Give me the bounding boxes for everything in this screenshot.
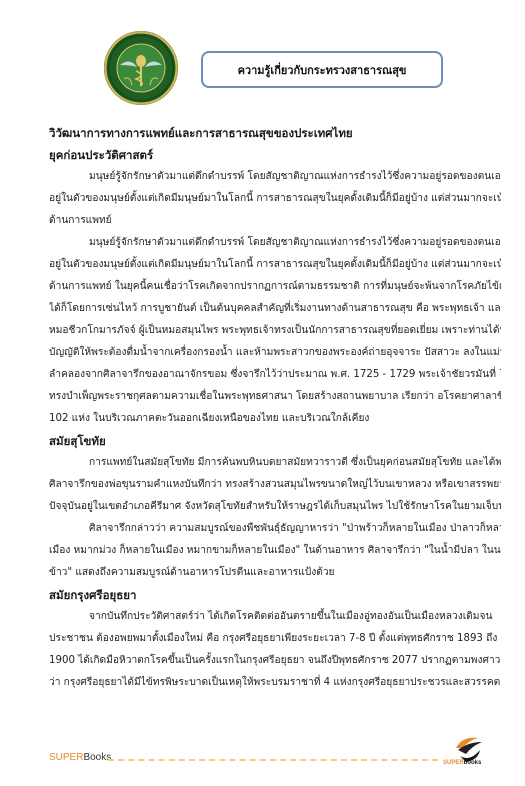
text-line: ทรงบำเพ็ญพระราชกุศลตามความเชื่อในพระพุทธ…	[49, 386, 501, 408]
title-box: ความรู้เกี่ยวกับกระทรวงสาธารณสุข	[201, 51, 443, 88]
text-line: อยู่ในตัวของมนุษย์ตั้งแต่เกิดมีมนุษย์มาใ…	[49, 188, 501, 210]
paragraph: มนุษย์รู้จักรักษาตัวมาแต่ดึกดำบรรพ์ โดยส…	[49, 166, 501, 232]
text-line: ด้านการแพทย์ ในยุคนี้คนเชื่อว่าโรคเกิดจา…	[49, 276, 501, 298]
page-footer: SUPERBooks SUPERbooks	[0, 730, 525, 770]
text-line: จากบันทึกประวัติศาสตร์ว่า ได้เกิดโรคติดต…	[49, 606, 501, 628]
brand-books: Books	[83, 752, 111, 763]
main-heading: วิวัฒนาการทางการแพทย์และการสาธารณสุขของป…	[49, 122, 501, 144]
paragraph: การแพทย์ในสมัยสุโขทัย มีการค้นพบหินบดยาส…	[49, 452, 501, 518]
logo-super: SUPER	[443, 760, 464, 766]
text-line: ศิลาจารึกกล่าวว่า ความสมบูรณ์ของพืชพันธุ…	[49, 518, 501, 540]
text-line: 1900 ได้เกิดมือหิวาตกโรคขึ้นเป็นครั้งแรก…	[49, 650, 501, 672]
page-title: ความรู้เกี่ยวกับกระทรวงสาธารณสุข	[238, 61, 407, 79]
page-header: ความรู้เกี่ยวกับกระทรวงสาธารณสุข	[0, 0, 525, 115]
text-line: 102 แห่ง ในบริเวณภาคตะวันออกเฉียงเหนือขอ…	[49, 408, 501, 430]
footer-logo-text: SUPERbooks	[443, 760, 481, 766]
text-line: ด้านการแพทย์	[49, 210, 501, 232]
text-line: ปัจจุบันอยู่ในเขตอำเภอคีรีมาศ จังหวัดสุโ…	[49, 496, 501, 518]
text-line: มนุษย์รู้จักรักษาตัวมาแต่ดึกดำบรรพ์ โดยส…	[49, 232, 501, 254]
text-line: การแพทย์ในสมัยสุโขทัย มีการค้นพบหินบดยาส…	[49, 452, 501, 474]
text-line: บัญญัติให้พระต้องดื่มน้ำจากเครื่องกรองน้…	[49, 342, 501, 364]
paragraph: ศิลาจารึกกล่าวว่า ความสมบูรณ์ของพืชพันธุ…	[49, 518, 501, 584]
text-line: หมอชีวกโกมารภัจจ์ ผู้เป็นหมอสมุนไพร พระพ…	[49, 320, 501, 342]
footer-brand: SUPERBooks	[49, 752, 111, 763]
paragraph: มนุษย์รู้จักรักษาตัวมาแต่ดึกดำบรรพ์ โดยส…	[49, 232, 501, 430]
footer-divider	[108, 759, 438, 761]
paragraph: จากบันทึกประวัติศาสตร์ว่า ได้เกิดโรคติดต…	[49, 606, 501, 694]
text-line: อยู่ในตัวของมนุษย์ตั้งแต่เกิดมีมนุษย์มาใ…	[49, 254, 501, 276]
text-line: ศิลาจารึกของพ่อขุนรามคำแหงบันทึกว่า ทรงส…	[49, 474, 501, 496]
section-heading-ayutthaya: สมัยกรุงศรีอยุธยา	[49, 584, 501, 606]
logo-books: books	[464, 760, 482, 766]
brand-super: SUPER	[49, 752, 83, 763]
text-line: ประชาชน ต้องอพยพมาตั้งเมืองใหม่ คือ กรุง…	[49, 628, 501, 650]
ministry-of-public-health-emblem-icon	[104, 31, 178, 105]
emblem-graphic-icon	[104, 31, 178, 105]
document-body: วิวัฒนาการทางการแพทย์และการสาธารณสุขของป…	[49, 122, 501, 694]
section-heading-prehistoric: ยุคก่อนประวัติศาสตร์	[49, 144, 501, 166]
text-line: ข้าว" แสดงถึงความสมบูรณ์ด้านอาหารโปรตีนแ…	[49, 562, 501, 584]
text-line: ว่า กรุงศรีอยุธยาได้มีไข้ทรพิษระบาดเป็นเ…	[49, 672, 501, 694]
text-line: ลำคลองจากศิลาจารึกของอาณาจักรขอม ซึ่งจาร…	[49, 364, 501, 386]
text-line: เมือง หมากม่วง ก็หลายในเมือง หมากขามก็หล…	[49, 540, 501, 562]
text-line: มนุษย์รู้จักรักษาตัวมาแต่ดึกดำบรรพ์ โดยส…	[49, 166, 501, 188]
text-line: ได้ก็โดยการเซ่นไหว้ การบูชายันต์ เป็นต้น…	[49, 298, 501, 320]
section-heading-sukhothai: สมัยสุโขทัย	[49, 430, 501, 452]
